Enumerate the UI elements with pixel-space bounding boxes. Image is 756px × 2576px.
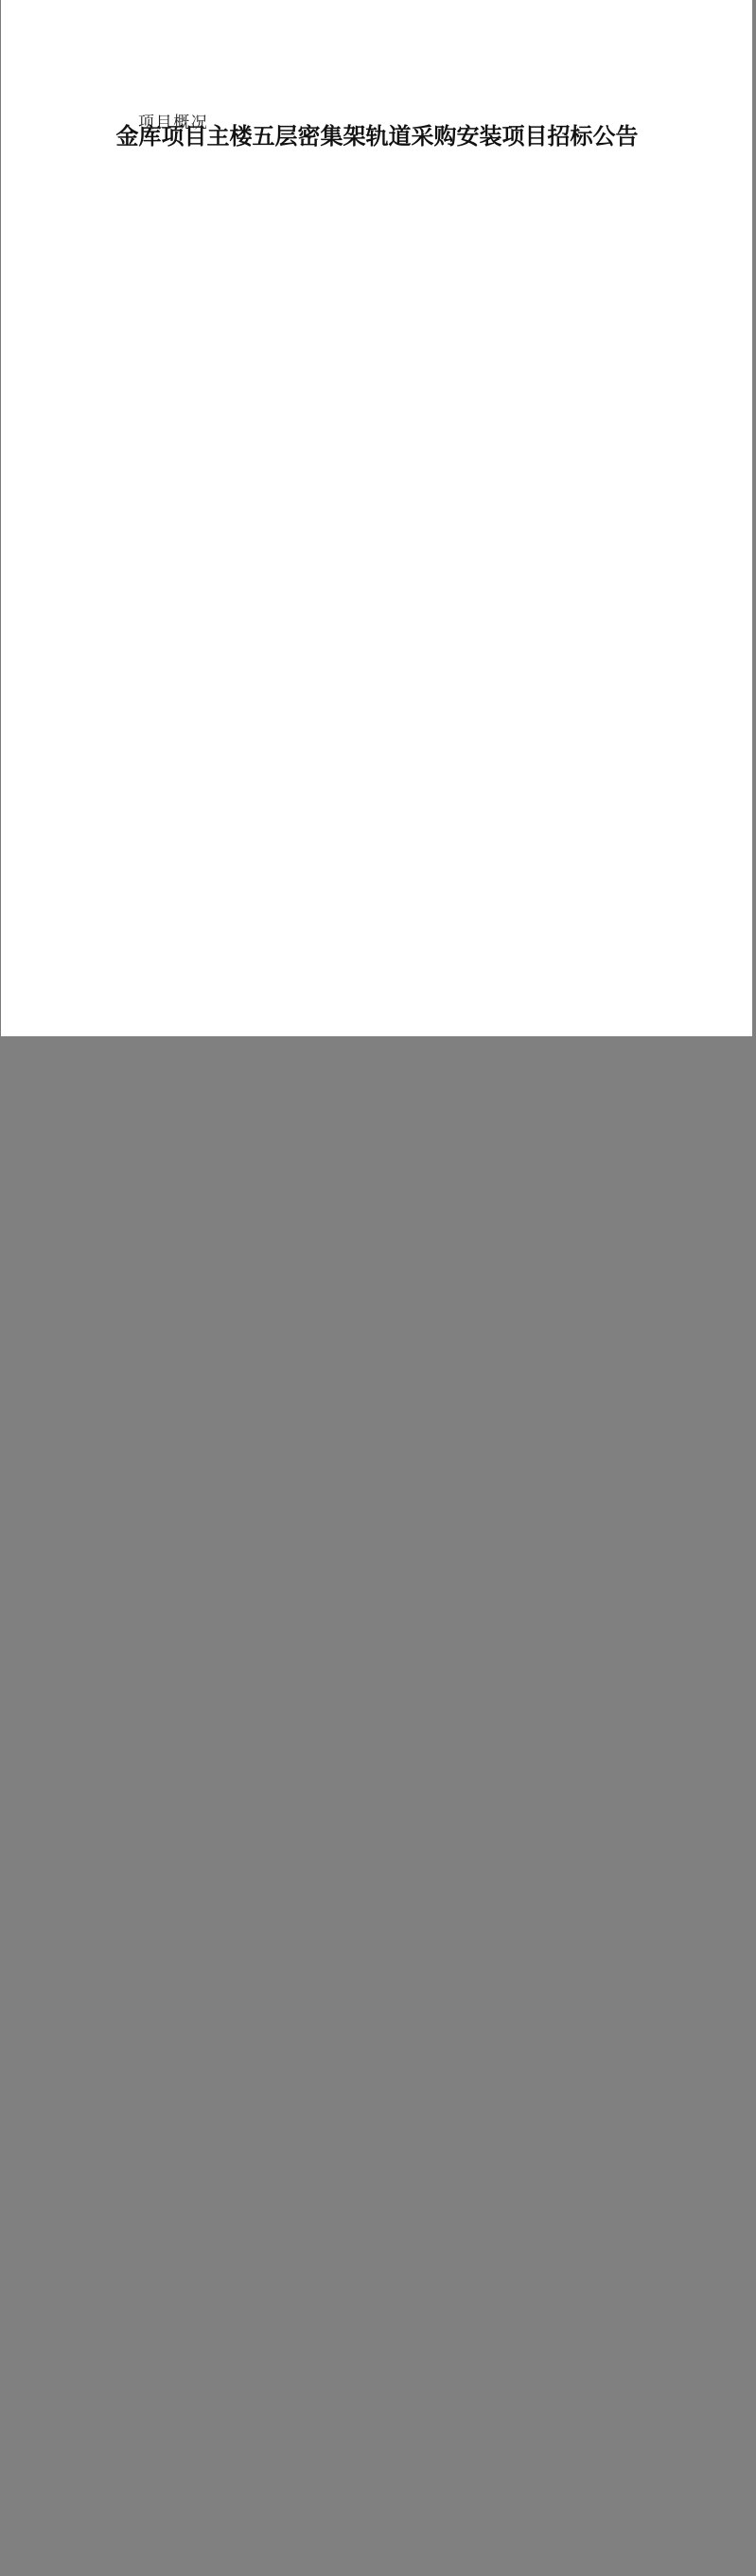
- document-title: 金库项目主楼五层密集架轨道采购安装项目招标公告: [1, 117, 753, 150]
- overview-label: 项目概况: [138, 113, 208, 133]
- document-page-3-layout: 金库项目主楼五层密集架轨道采购安装项目招标公告 项目概况: [0, 0, 752, 1036]
